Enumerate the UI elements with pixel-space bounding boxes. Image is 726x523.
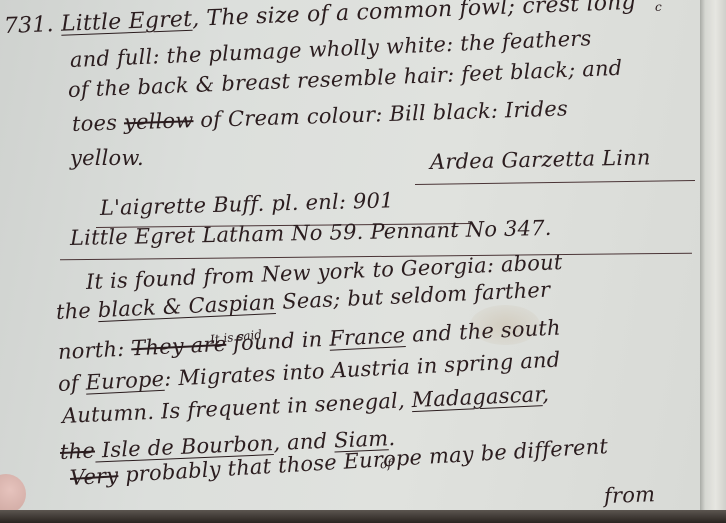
line-11-mid: found in: [226, 327, 330, 356]
species-name-underlined: Little Egret: [60, 7, 192, 37]
france-underlined: France: [329, 323, 406, 351]
struck-very: Very: [69, 463, 119, 490]
latin-name: Ardea Garzetta Linn: [430, 145, 651, 174]
page-edge: [700, 0, 726, 512]
struck-the: the: [59, 439, 95, 464]
line-4-start: toes: [72, 110, 125, 136]
bottom-shadow: [0, 510, 726, 523]
line-13-rest: ,: [542, 382, 550, 406]
struck-they-are: They are: [131, 332, 227, 361]
line-5: yellow.: [70, 146, 144, 170]
europe-underlined: Europe: [85, 367, 165, 395]
line-11-start: north:: [57, 336, 131, 364]
insertion-mark: c: [655, 0, 662, 14]
line-12-start: of: [57, 371, 86, 396]
struck-word: yellow: [124, 108, 194, 134]
entry-number: 731.: [4, 12, 55, 39]
line-16-catchword: from: [604, 482, 656, 508]
line-10-start: the: [55, 298, 98, 324]
